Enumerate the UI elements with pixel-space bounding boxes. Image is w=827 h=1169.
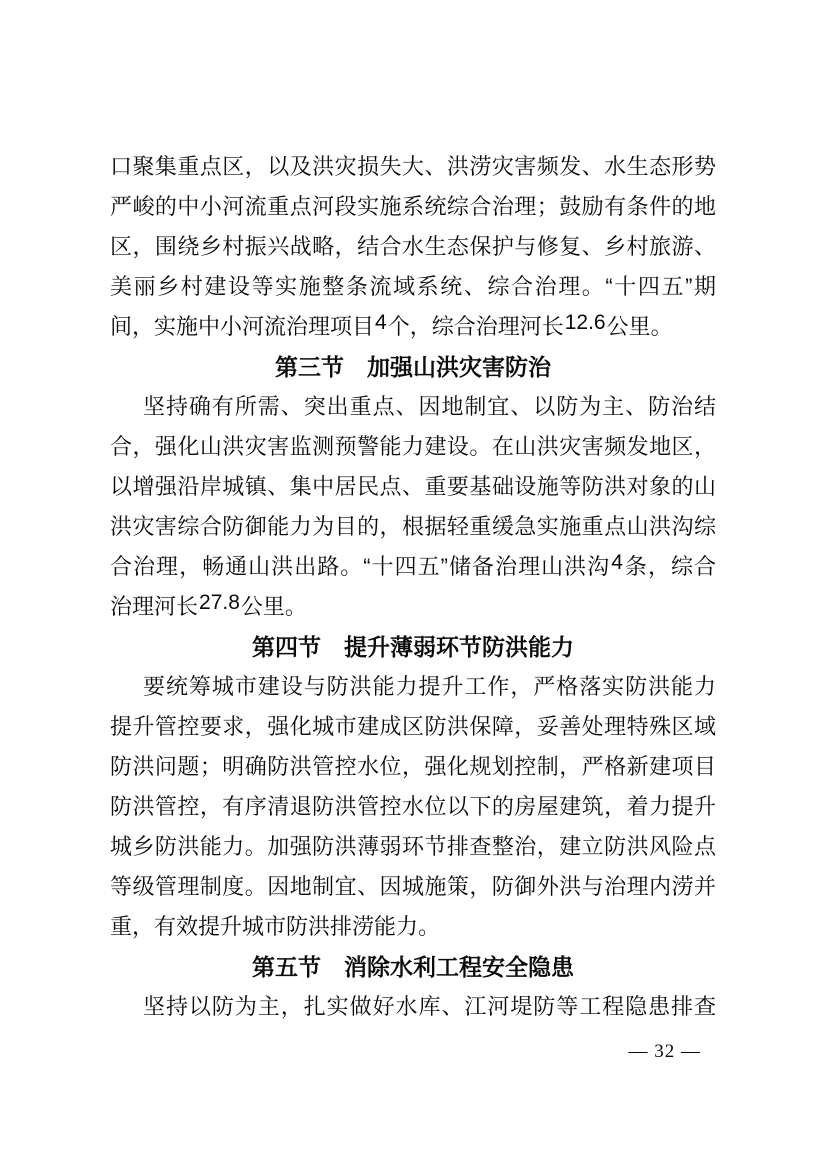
text-block: 口聚集重点区，以及洪灾损失大、洪涝灾害频发、水生态形势 严峻的中小河流重点河段实…: [110, 147, 716, 1027]
section-heading: 第三节 加强山洪灾害防治: [110, 347, 716, 387]
text-line: 间，实施中小河流治理项目4个，综合治理河长12.6公里。: [110, 307, 716, 347]
numeral: 4: [374, 311, 388, 334]
text-line: 合治理，畅通山洪出路。“十四五”储备治理山洪沟4条，综合: [110, 547, 716, 587]
numeral: 12.6: [564, 311, 607, 334]
text-line: 坚持确有所需、突出重点、因地制宜、以防为主、防治结: [110, 387, 716, 427]
text-segment: 间，实施中小河流治理项目: [110, 314, 374, 339]
numeral: 4: [610, 551, 624, 574]
text-line: 以增强沿岸城镇、集中居民点、重要基础设施等防洪对象的山: [110, 467, 716, 507]
text-line: 防洪管控，有序清退防洪管控水位以下的房屋建筑，着力提升: [110, 787, 716, 827]
text-segment: 条，综合: [624, 554, 716, 579]
text-segment: 公里。: [607, 314, 673, 339]
text-line: 洪灾害综合防御能力为目的，根据轻重缓急实施重点山洪沟综: [110, 507, 716, 547]
text-line: 要统筹城市建设与防洪能力提升工作，严格落实防洪能力: [110, 667, 716, 707]
text-line: 治理河长27.8公里。: [110, 587, 716, 627]
numeral: 27.8: [198, 591, 241, 614]
text-segment: 合治理，畅通山洪出路。“十四五”储备治理山洪沟: [110, 554, 610, 579]
text-line: 城乡防洪能力。加强防洪薄弱环节排查整治，建立防洪风险点: [110, 827, 716, 867]
text-line: 防洪问题；明确防洪管控水位，强化规划控制，严格新建项目: [110, 747, 716, 787]
text-line: 严峻的中小河流重点河段实施系统综合治理；鼓励有条件的地: [110, 187, 716, 227]
text-line: 重，有效提升城市防洪排涝能力。: [110, 907, 716, 947]
text-line: 美丽乡村建设等实施整条流域系统、综合治理。“十四五”期: [110, 267, 716, 307]
text-line: 等级管理制度。因地制宜、因城施策，防御外洪与治理内涝并: [110, 867, 716, 907]
section-heading: 第五节 消除水利工程安全隐患: [110, 947, 716, 987]
text-line: 区，围绕乡村振兴战略，结合水生态保护与修复、乡村旅游、: [110, 227, 716, 267]
text-line: 提升管控要求，强化城市建成区防洪保障，妥善处理特殊区域: [110, 707, 716, 747]
text-segment: 个，综合治理河长: [388, 314, 564, 339]
page-number: — 32 —: [629, 1040, 702, 1064]
text-line: 坚持以防为主，扎实做好水库、江河堤防等工程隐患排查: [110, 987, 716, 1027]
text-line: 口聚集重点区，以及洪灾损失大、洪涝灾害频发、水生态形势: [110, 147, 716, 187]
text-segment: 治理河长: [110, 594, 198, 619]
text-line: 合，强化山洪灾害监测预警能力建设。在山洪灾害频发地区，: [110, 427, 716, 467]
text-segment: 公里。: [241, 594, 307, 619]
document-page: 口聚集重点区，以及洪灾损失大、洪涝灾害频发、水生态形势 严峻的中小河流重点河段实…: [0, 0, 827, 1169]
section-heading: 第四节 提升薄弱环节防洪能力: [110, 627, 716, 667]
